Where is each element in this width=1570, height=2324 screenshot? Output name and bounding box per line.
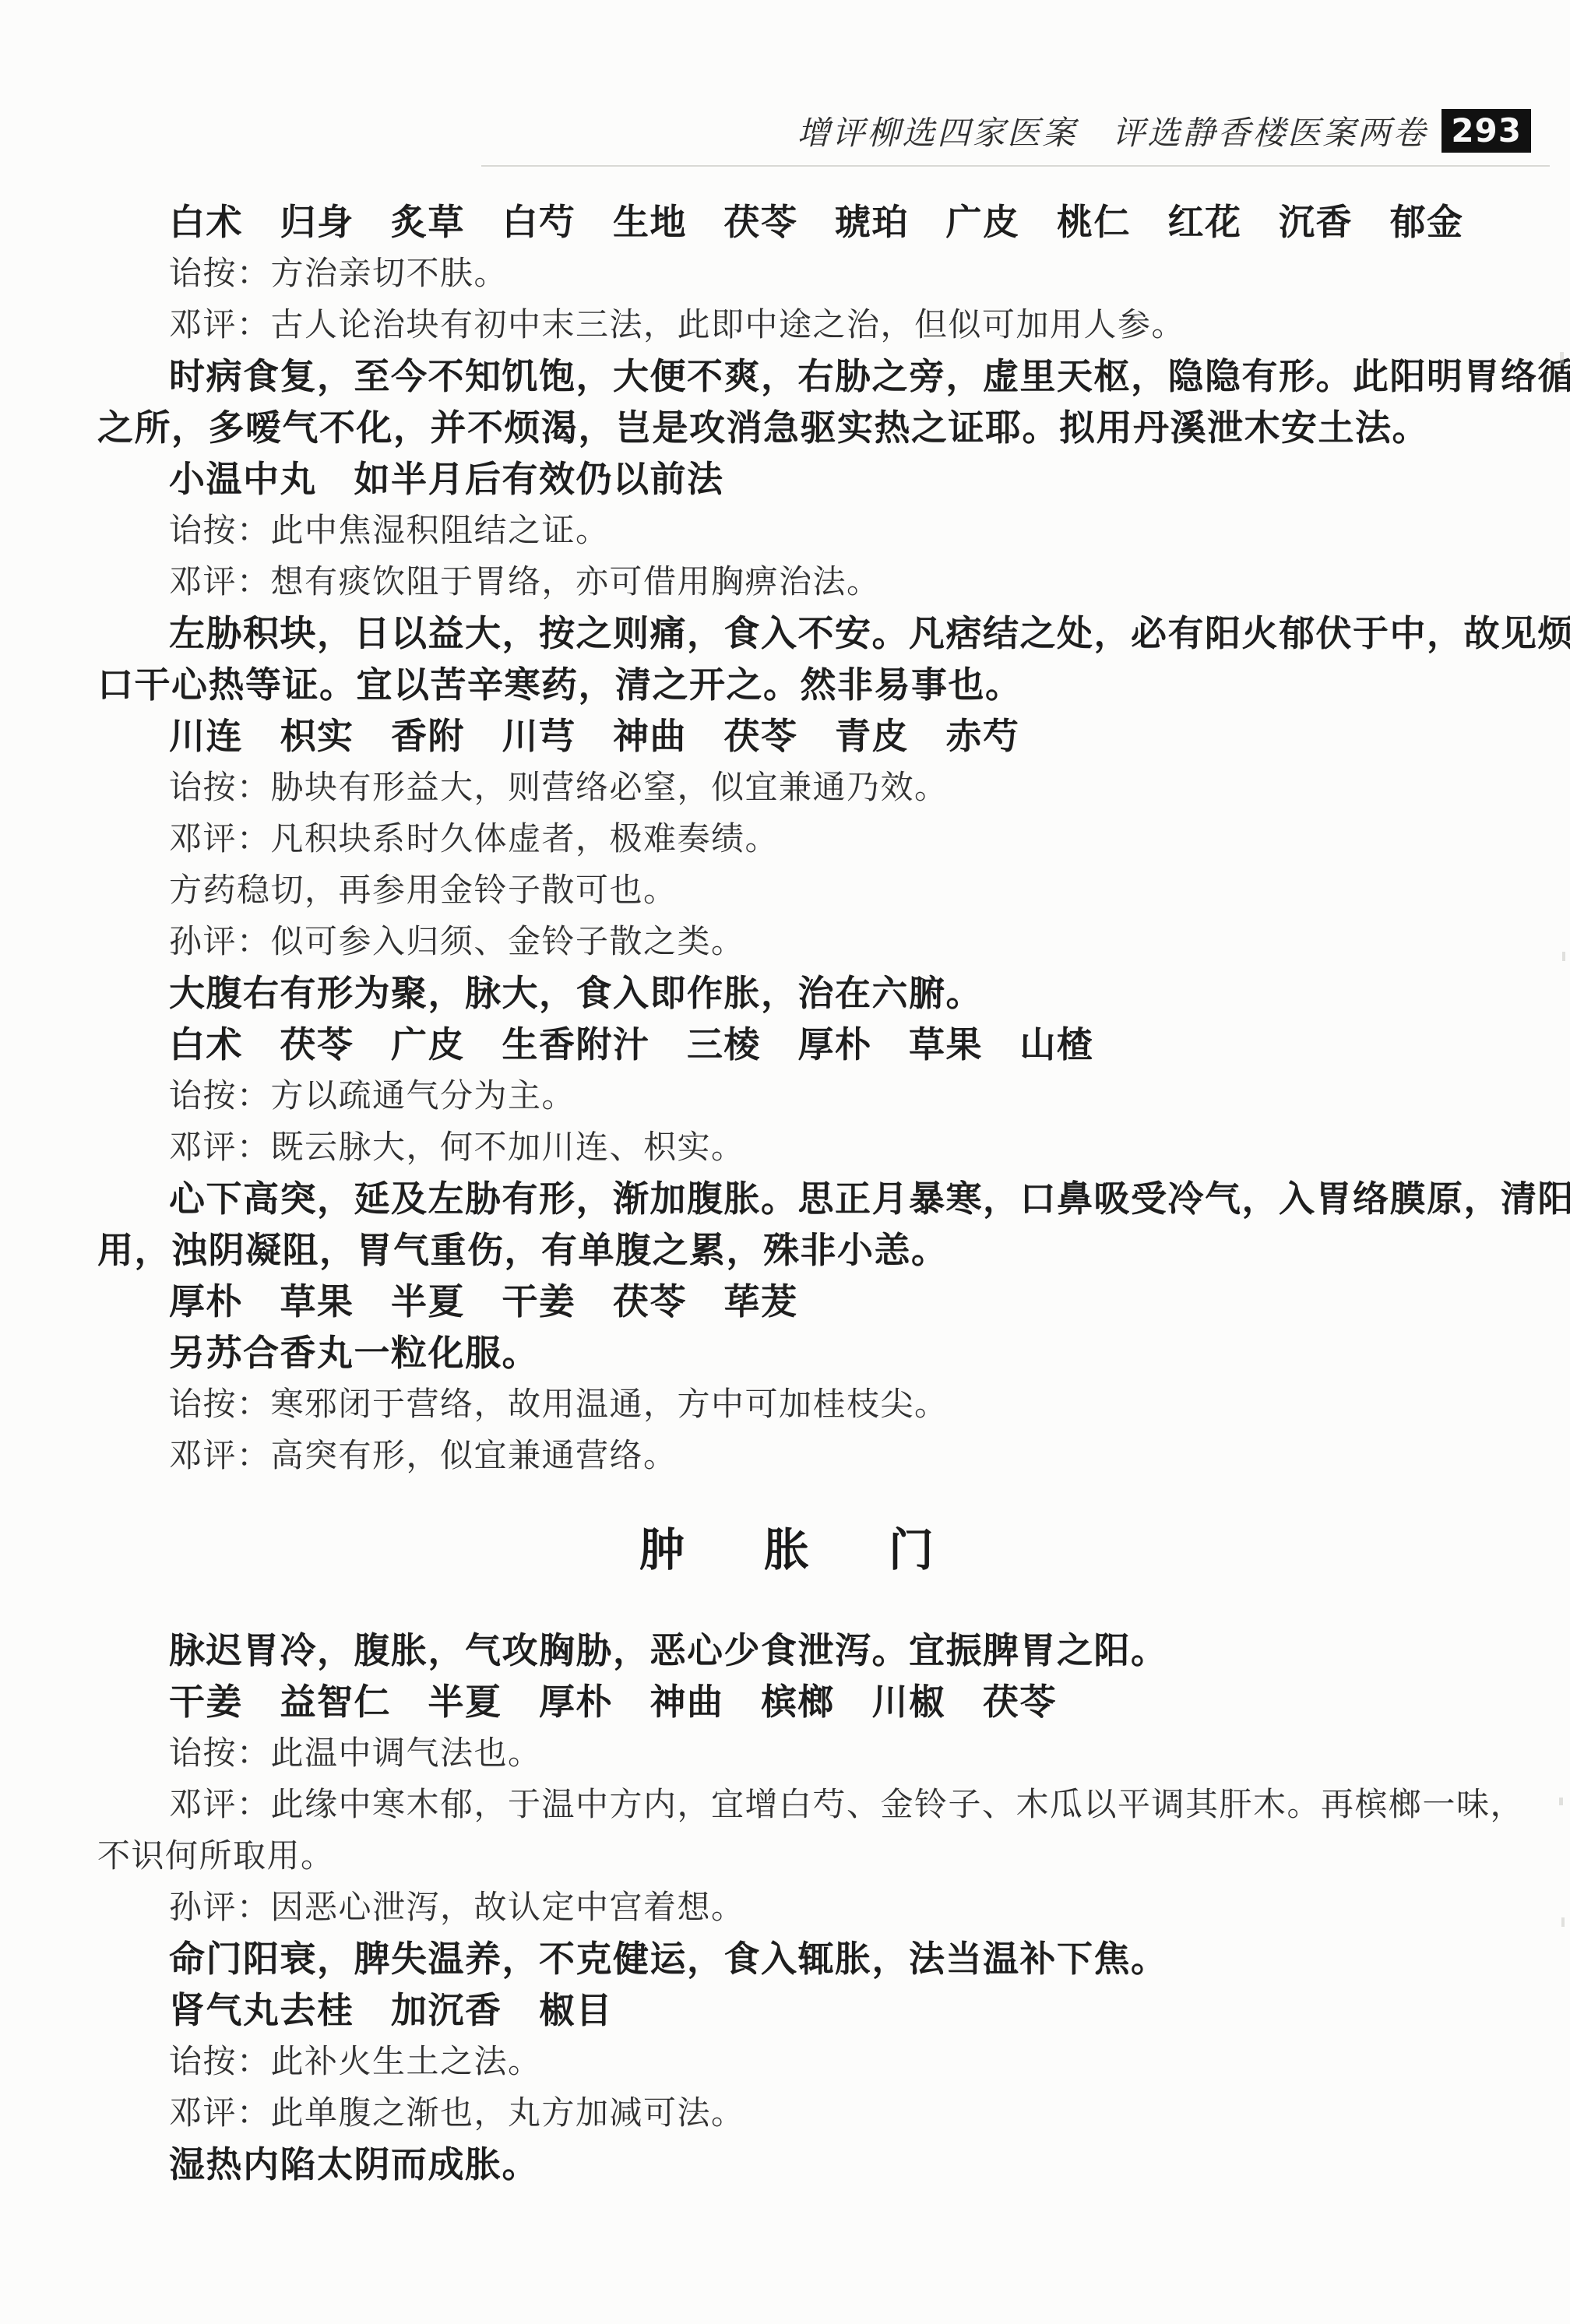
section-heading: 肿 胀 门: [97, 1519, 1493, 1581]
book-title: 增评柳选四家医案 评选静香楼医案两卷: [797, 107, 1427, 154]
case-line: 用，浊阴凝阻，胃气重伤，有单腹之累，殊非小恙。: [97, 1224, 1493, 1276]
case-line: 湿热内陷太阴而成胀。: [97, 2139, 1493, 2190]
commentary-line: 孙评：似可参入归须、金铃子散之类。: [97, 916, 1493, 967]
prescription-line: 干姜 益智仁 半夏 厚朴 神曲 槟榔 川椒 茯苓: [97, 1676, 1493, 1727]
scan-artifact: [1559, 1798, 1563, 1805]
header-divider: [481, 165, 1550, 167]
commentary-line: 邓评：此单腹之渐也，丸方加减可法。: [97, 2087, 1493, 2139]
commentary-line: 邓评：凡积块系时久体虚者，极难奏绩。: [97, 813, 1493, 864]
commentary-line: 邓评：古人论治块有初中末三法，此即中途之治，但似可加用人参。: [97, 299, 1493, 350]
commentary-line: 邓评：既云脉大，何不加川连、枳实。: [97, 1122, 1493, 1173]
scan-artifact: [1561, 1917, 1565, 1927]
case-line: 脉迟胃冷，腹胀，气攻胸胁，恶心少食泄泻。宜振脾胃之阳。: [97, 1625, 1493, 1676]
prescription-line: 川连 枳实 香附 川芎 神曲 茯苓 青皮 赤芍: [97, 710, 1493, 762]
prescription-line: 小温中丸 如半月后有效仍以前法: [97, 453, 1493, 505]
case-line: 之所，多嗳气不化，并不烦渴，岂是攻消急驱实热之证耶。拟用丹溪泄木安土法。: [97, 402, 1493, 453]
commentary-line: 诒按：方以疏通气分为主。: [97, 1070, 1493, 1122]
case-line: 命门阳衰，脾失温养，不克健运，食入辄胀，法当温补下焦。: [97, 1933, 1493, 1984]
case-line: 口干心热等证。宜以苦辛寒药，清之开之。然非易事也。: [97, 659, 1493, 710]
commentary-line: 邓评：想有痰饮阻于胃络，亦可借用胸痹治法。: [97, 556, 1493, 607]
case-line: 另苏合香丸一粒化服。: [97, 1327, 1493, 1379]
case-line: 心下高突，延及左胁有形，渐加腹胀。思正月暴寒，口鼻吸受冷气，入胃络膜原，清阳不: [97, 1173, 1493, 1224]
commentary-line: 诒按：胁块有形益大，则营络必窒，似宜兼通乃效。: [97, 762, 1493, 813]
commentary-line: 邓评：此缘中寒木郁，于温中方内，宜增白芍、金铃子、木瓜以平调其肝木。再槟榔一味，: [97, 1779, 1493, 1830]
case-line: 时病食复，至今不知饥饱，大便不爽，右胁之旁，虚里天枢，隐隐有形。此阳明胃络循行: [97, 350, 1493, 402]
commentary-line: 诒按：此补火生土之法。: [97, 2036, 1493, 2087]
commentary-line: 诒按：此温中调气法也。: [97, 1727, 1493, 1779]
case-line: 左胁积块，日以益大，按之则痛，食入不安。凡痞结之处，必有阳火郁伏于中，故见烦躁: [97, 607, 1493, 659]
commentary-line: 诒按：此中焦湿积阻结之证。: [97, 505, 1493, 556]
commentary-line: 诒按：寒邪闭于营络，故用温通，方中可加桂枝尖。: [97, 1379, 1493, 1430]
case-line: 大腹右有形为聚，脉大，食入即作胀，治在六腑。: [97, 967, 1493, 1019]
prescription-line: 白术 茯苓 广皮 生香附汁 三棱 厚朴 草果 山楂: [97, 1019, 1493, 1070]
running-header: 增评柳选四家医案 评选静香楼医案两卷 293: [797, 107, 1531, 154]
prescription-line: 厚朴 草果 半夏 干姜 茯苓 荜茇: [97, 1276, 1493, 1327]
page-number-badge: 293: [1442, 109, 1531, 153]
commentary-line: 方药稳切，再参用金铃子散可也。: [97, 864, 1493, 916]
commentary-line: 邓评：高突有形，似宜兼通营络。: [97, 1430, 1493, 1481]
prescription-line: 肾气丸去桂 加沉香 椒目: [97, 1984, 1493, 2036]
commentary-line: 不识何所取用。: [97, 1830, 1493, 1882]
scan-artifact: [1560, 352, 1564, 364]
page-text: 白术 归身 炙草 白芍 生地 茯苓 琥珀 广皮 桃仁 红花 沉香 郁金 诒按：方…: [97, 196, 1493, 2190]
prescription-line: 白术 归身 炙草 白芍 生地 茯苓 琥珀 广皮 桃仁 红花 沉香 郁金: [97, 196, 1493, 248]
commentary-line: 诒按：方治亲切不肤。: [97, 248, 1493, 299]
book-page: 增评柳选四家医案 评选静香楼医案两卷 293 白术 归身 炙草 白芍 生地 茯苓…: [0, 0, 1570, 2324]
scan-artifact: [1562, 952, 1565, 961]
commentary-line: 孙评：因恶心泄泻，故认定中宫着想。: [97, 1882, 1493, 1933]
